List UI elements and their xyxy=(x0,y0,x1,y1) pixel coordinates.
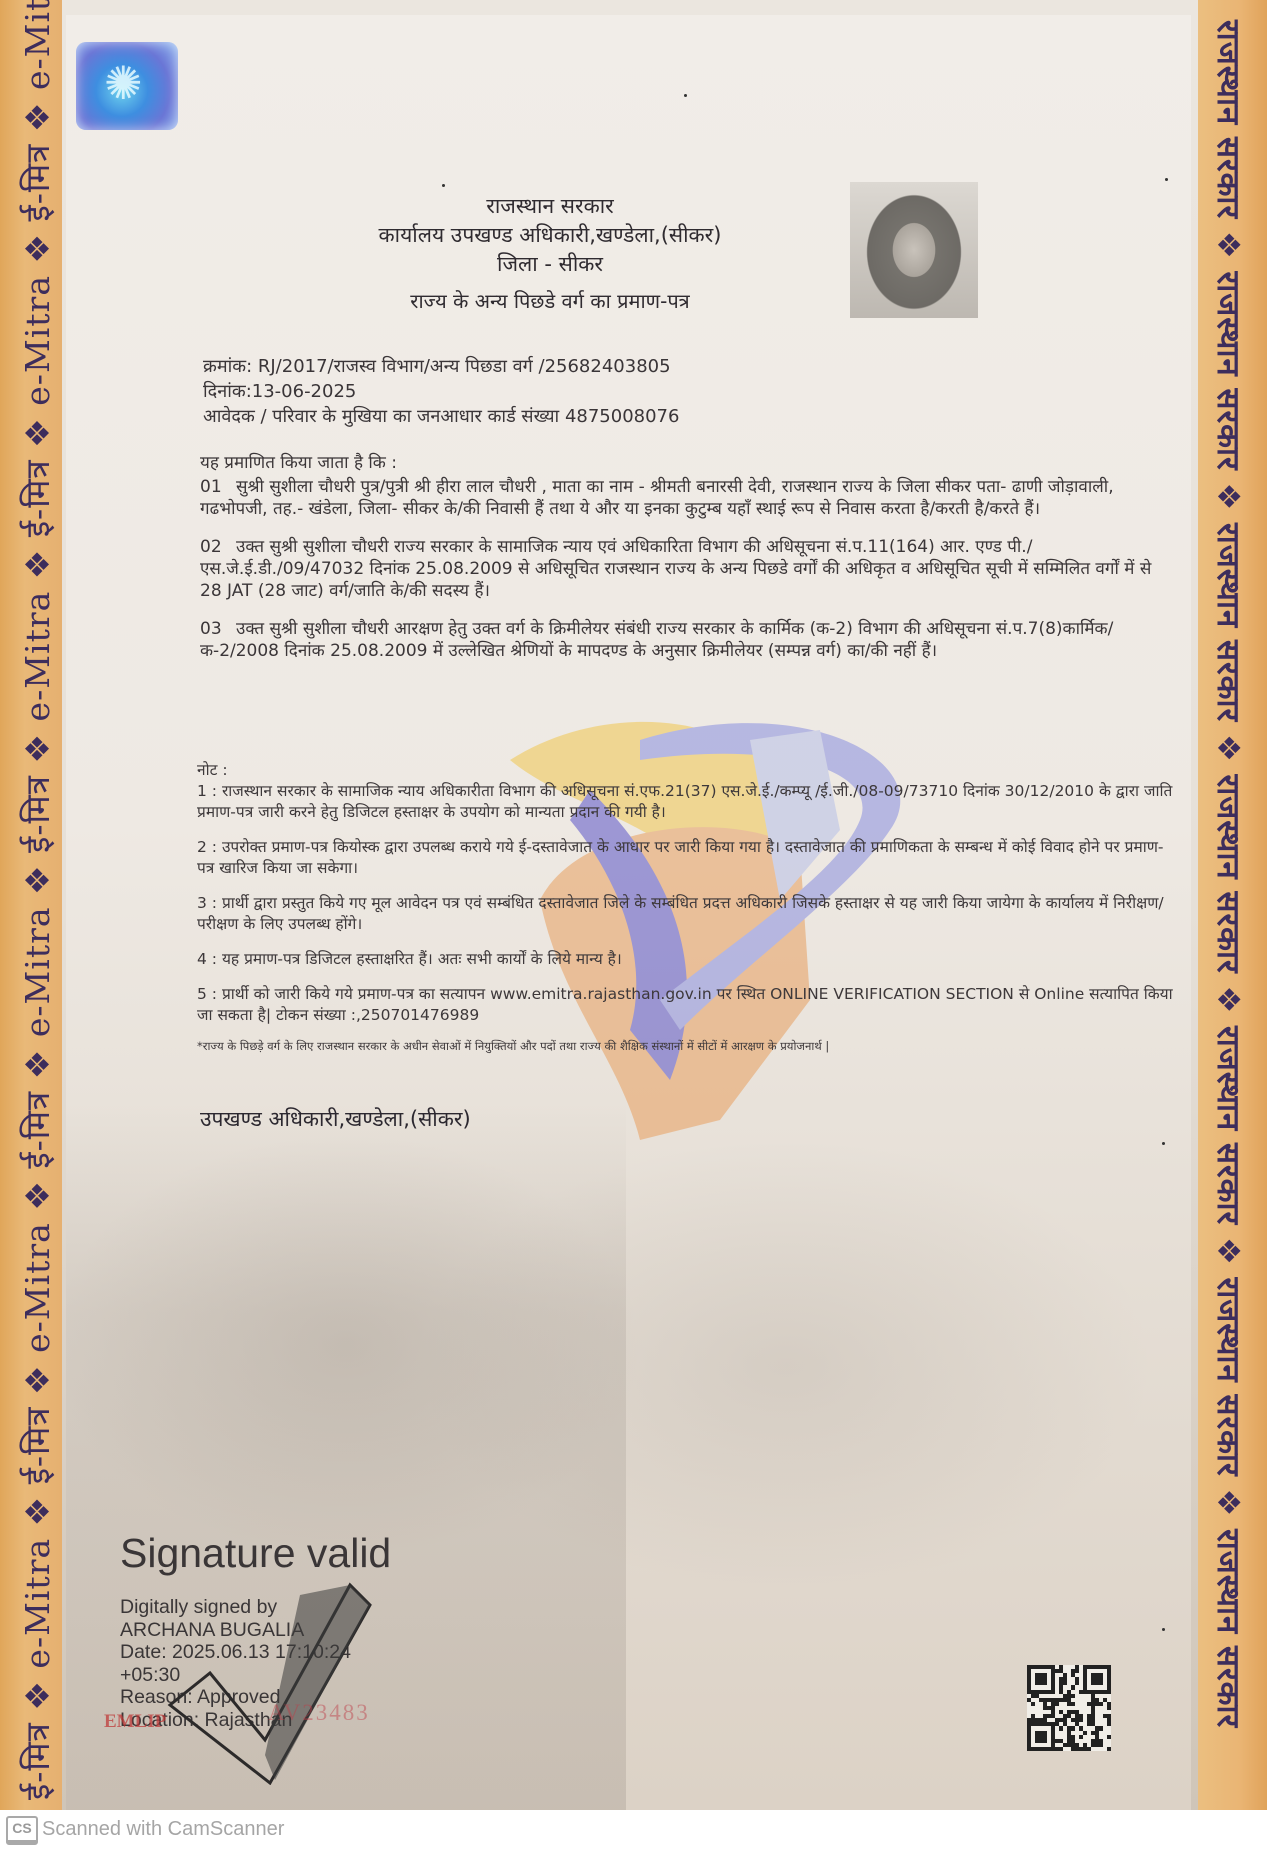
emitra-border-left: ई-मित्र ❖ e-Mitra ❖ ई-मित्र ❖ e-Mitra ❖ … xyxy=(0,0,62,1810)
janaadhar-number: आवेदक / परिवार के मुखिया का जनआधार कार्ड… xyxy=(203,404,679,429)
speck xyxy=(1162,1142,1165,1145)
rajasthan-sarkar-border-text: राजस्थान सरकार ❖ राजस्थान सरकार ❖ राजस्थ… xyxy=(1208,20,1250,1728)
note-item: 4 : यह प्रमाण-पत्र डिजिटल हस्ताक्षरित है… xyxy=(197,949,1177,970)
body-paragraph: 03उक्त सुश्री सुशीला चौधरी आरक्षण हेतु उ… xyxy=(200,618,1170,662)
emitra-border-text: ई-मित्र ❖ e-Mitra ❖ ई-मित्र ❖ e-Mitra ❖ … xyxy=(14,0,59,1800)
note-item: 2 : उपरोक्त प्रमाण-पत्र कियोस्क द्वारा उ… xyxy=(197,837,1177,879)
stamp-serial: AV23483 xyxy=(268,1700,370,1726)
issue-date: दिनांक:13-06-2025 xyxy=(203,379,679,404)
signer-name: ARCHANA BUGALIA xyxy=(120,1619,440,1642)
paragraph-number: 01 xyxy=(200,476,236,498)
emlip-stamp: EMLIP xyxy=(104,1711,166,1733)
speck xyxy=(1162,1628,1165,1631)
note-item: 1 : राजस्थान सरकार के सामाजिक न्याय अधिक… xyxy=(197,781,1177,823)
verification-qr-code xyxy=(1027,1665,1111,1751)
hologram-seal-icon xyxy=(76,42,178,130)
speck xyxy=(1165,178,1168,181)
district-name: जिला - सीकर xyxy=(320,250,780,279)
paragraph-number: 02 xyxy=(200,536,236,558)
paragraph-number: 03 xyxy=(200,618,236,640)
certificate-body: यह प्रमाणित किया जाता है कि : 01सुश्री स… xyxy=(200,452,1170,678)
note-item: 5 : प्रार्थी को जारी किये गये प्रमाण-पत्… xyxy=(197,984,1177,1026)
speck xyxy=(442,184,445,187)
body-paragraph: 01सुश्री सुशीला चौधरी पुत्र/पुत्री श्री … xyxy=(200,476,1170,520)
applicant-photo xyxy=(850,182,978,318)
notes-section: नोट : 1 : राजस्थान सरकार के सामाजिक न्या… xyxy=(197,760,1177,1057)
certificate-meta: क्रमांक: RJ/2017/राजस्व विभाग/अन्य पिछडा… xyxy=(203,354,679,429)
serial-number: क्रमांक: RJ/2017/राजस्व विभाग/अन्य पिछडा… xyxy=(203,354,679,379)
office-name: कार्यालय उपखण्ड अधिकारी,खण्डेला,(सीकर) xyxy=(320,221,780,250)
signature-signed-by-label: Digitally signed by xyxy=(120,1596,440,1619)
signature-timezone: +05:30 xyxy=(120,1664,440,1687)
certificate-title: राज्य के अन्य पिछडे वर्ग का प्रमाण-पत्र xyxy=(320,287,780,316)
government-name: राजस्थान सरकार xyxy=(320,192,780,221)
issuing-officer: उपखण्ड अधिकारी,खण्डेला,(सीकर) xyxy=(200,1105,471,1133)
paragraph-text: सुश्री सुशीला चौधरी पुत्र/पुत्री श्री ही… xyxy=(200,477,1114,519)
qr-module xyxy=(1107,1747,1111,1751)
body-paragraph: 02उक्त सुश्री सुशीला चौधरी राज्य सरकार क… xyxy=(200,536,1170,602)
notes-label: नोट : xyxy=(197,760,1177,781)
camscanner-logo-icon: CS xyxy=(6,1816,38,1845)
note-item: 3 : प्रार्थी द्वारा प्रस्तुत किये गए मूल… xyxy=(197,893,1177,935)
rajasthan-sarkar-border-right: राजस्थान सरकार ❖ राजस्थान सरकार ❖ राजस्थ… xyxy=(1198,0,1267,1810)
paragraph-text: उक्त सुश्री सुशीला चौधरी राज्य सरकार के … xyxy=(200,537,1151,601)
signature-date: Date: 2025.06.13 17:10:24 xyxy=(120,1641,440,1664)
signature-status: Signature valid xyxy=(120,1530,440,1576)
camscanner-label: Scanned with CamScanner xyxy=(42,1818,284,1841)
certificate-header: राजस्थान सरकार कार्यालय उपखण्ड अधिकारी,ख… xyxy=(320,192,780,316)
footnote: *राज्य के पिछड़े वर्ग के लिए राजस्थान सर… xyxy=(197,1036,1177,1057)
body-intro: यह प्रमाणित किया जाता है कि : xyxy=(200,452,1170,474)
paragraph-text: उक्त सुश्री सुशीला चौधरी आरक्षण हेतु उक्… xyxy=(200,619,1113,661)
speck xyxy=(684,94,687,97)
